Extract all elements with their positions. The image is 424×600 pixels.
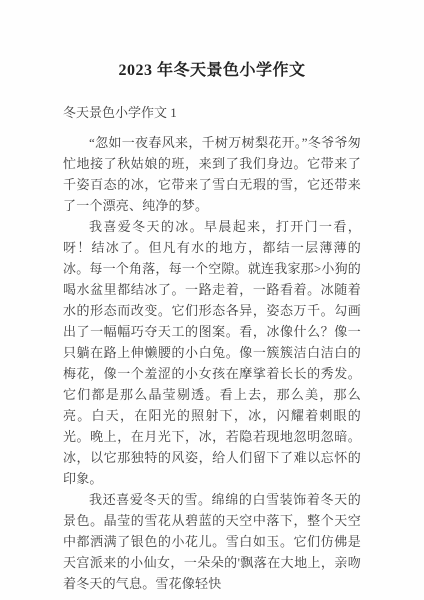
essay-paragraph-3: 我还喜爱冬天的雪。绵绵的白雪装饰着冬天的景色。晶莹的雪花从碧蓝的天空中落下，整个… — [63, 489, 361, 594]
section-heading: 冬天景色小学作文 1 — [63, 102, 361, 123]
document-content: 2023 年冬天景色小学作文 冬天景色小学作文 1 “忽如一夜春风来，千树万树梨… — [0, 59, 424, 594]
document-page: 2023 年冬天景色小学作文 冬天景色小学作文 1 “忽如一夜春风来，千树万树梨… — [0, 0, 424, 600]
essay-paragraph-2: 我喜爱冬天的冰。早晨起来，打开门一看，呀！结冰了。但凡有水的地方，都结一层薄薄的… — [63, 216, 361, 489]
essay-paragraph-1: “忽如一夜春风来，千树万树梨花开。”冬爷爷匆忙地接了秋姑娘的班，来到了我们身边。… — [63, 132, 361, 216]
document-title: 2023 年冬天景色小学作文 — [63, 59, 361, 83]
